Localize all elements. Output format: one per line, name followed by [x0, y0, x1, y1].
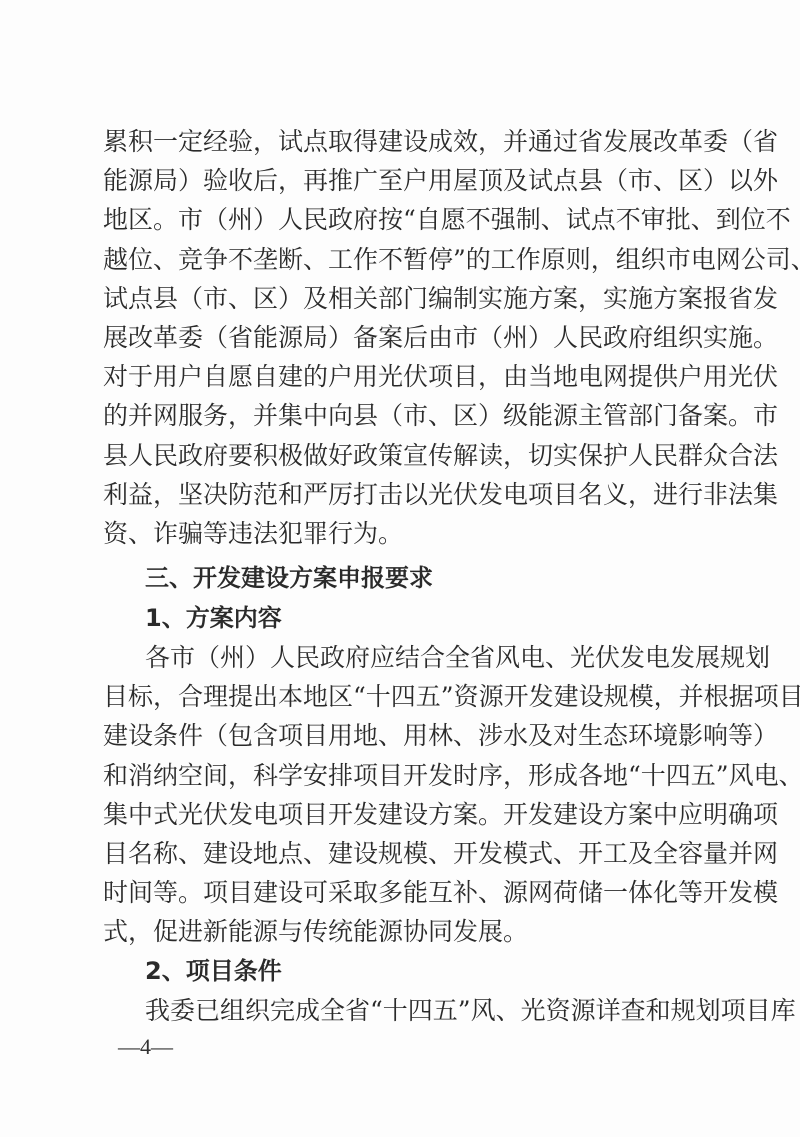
- paragraph-line: 越位、竞争不垄断、工作不暂停”的工作原则，组织市电网公司、: [103, 240, 709, 279]
- paragraph-line: 时间等。项目建设可采取多能互补、源网荷储一体化等开发模: [103, 873, 709, 912]
- paragraph-line: 地区。市（州）人民政府按“自愿不强制、试点不审批、到位不: [103, 200, 709, 239]
- paragraph-line: 各市（州）人民政府应结合全省风电、光伏发电发展规划: [145, 638, 709, 677]
- subsection-heading: 1、方案内容: [145, 599, 709, 638]
- page-number: —4—: [118, 1032, 173, 1062]
- paragraph-line: 展改革委（省能源局）备案后由市（州）人民政府组织实施。: [103, 318, 709, 357]
- subsection-heading: 2、项目条件: [145, 952, 709, 991]
- paragraph-line: 对于用户自愿自建的户用光伏项目，由当地电网提供户用光伏: [103, 357, 709, 396]
- paragraph-line: 目标，合理提出本地区“十四五”资源开发建设规模，并根据项目: [103, 677, 709, 716]
- paragraph-line: 县人民政府要积极做好政策宣传解读，切实保护人民群众合法: [103, 436, 709, 475]
- paragraph-line: 式，促进新能源与传统能源协同发展。: [103, 912, 709, 951]
- section-heading: 三、开发建设方案申报要求: [145, 559, 709, 598]
- paragraph-line: 建设条件（包含项目用地、用林、涉水及对生态环境影响等）: [103, 716, 709, 755]
- paragraph-line: 和消纳空间，科学安排项目开发时序，形成各地“十四五”风电、: [103, 756, 709, 795]
- paragraph-line: 的并网服务，并集中向县（市、区）级能源主管部门备案。市: [103, 396, 709, 435]
- paragraph-line: 累积一定经验，试点取得建设成效，并通过省发展改革委（省: [103, 122, 709, 161]
- paragraph-line: 集中式光伏发电项目开发建设方案。开发建设方案中应明确项: [103, 795, 709, 834]
- paragraph-line: 我委已组织完成全省“十四五”风、光资源详查和规划项目库: [145, 991, 709, 1030]
- paragraph-line: 资、诈骗等违法犯罪行为。: [103, 514, 709, 553]
- paragraph-line: 试点县（市、区）及相关部门编制实施方案，实施方案报省发: [103, 279, 709, 318]
- paragraph-line: 利益，坚决防范和严厉打击以光伏发电项目名义，进行非法集: [103, 475, 709, 514]
- paragraph-line: 目名称、建设地点、建设规模、开发模式、开工及全容量并网: [103, 834, 709, 873]
- paragraph-line: 能源局）验收后，再推广至户用屋顶及试点县（市、区）以外: [103, 161, 709, 200]
- document-page: 累积一定经验，试点取得建设成效，并通过省发展改革委（省 能源局）验收后，再推广至…: [0, 0, 800, 1137]
